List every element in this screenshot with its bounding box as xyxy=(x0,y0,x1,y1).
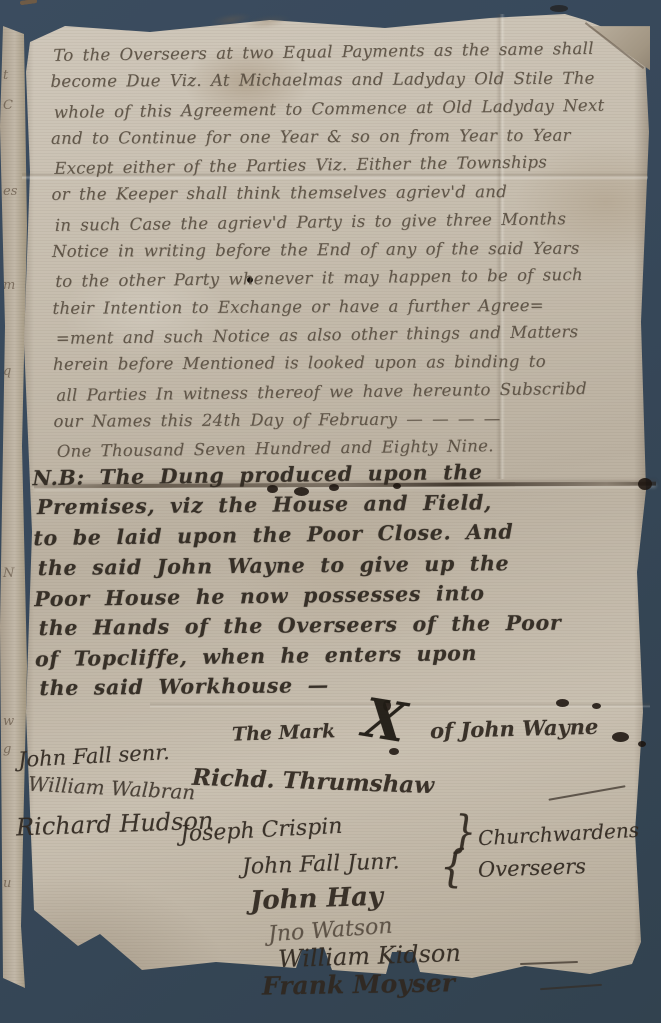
cut-off-letter: t xyxy=(3,68,8,83)
overseers-role-label: Overseers xyxy=(478,854,587,882)
cut-off-letter: q xyxy=(3,364,11,379)
signature-frank-moyser: Frank Moyser xyxy=(262,968,455,1000)
edge-tear xyxy=(638,478,652,490)
cut-off-letter: m xyxy=(3,278,15,293)
ink-blot xyxy=(592,703,601,709)
cut-off-letter: g xyxy=(3,742,11,757)
cut-off-letter: w xyxy=(3,714,14,729)
cut-off-letter: N xyxy=(3,566,14,581)
agreement-paragraph: To the Overseers at two Equal Payments a… xyxy=(50,35,650,465)
photo-of-manuscript: t C es m q N w g u To the Overseers at t… xyxy=(0,0,661,1023)
pen-flourish xyxy=(540,984,602,990)
cut-off-letter: u xyxy=(3,876,11,891)
binding-stitch xyxy=(20,0,37,5)
overseers-brace: { xyxy=(440,842,465,893)
ink-blot xyxy=(638,741,646,747)
ink-blot xyxy=(556,699,569,707)
mark-statement-suffix: of John Wayne xyxy=(430,714,599,743)
adjacent-page-edge: t C es m q N w g u xyxy=(0,26,27,988)
nb-line: the Hands of the Overseers of the Poor xyxy=(38,607,640,644)
mark-statement-prefix: The Mark xyxy=(232,720,336,746)
cut-off-letter: es xyxy=(3,184,17,199)
cut-off-letter: C xyxy=(3,98,13,113)
signature-john-hay: John Hay xyxy=(250,882,384,917)
nb-note: N.B: The Dung produced upon the Premises… xyxy=(32,455,641,705)
edge-smudge xyxy=(550,5,568,12)
ink-blot xyxy=(612,732,629,742)
nb-line: the said John Wayne to give up the xyxy=(38,546,640,583)
